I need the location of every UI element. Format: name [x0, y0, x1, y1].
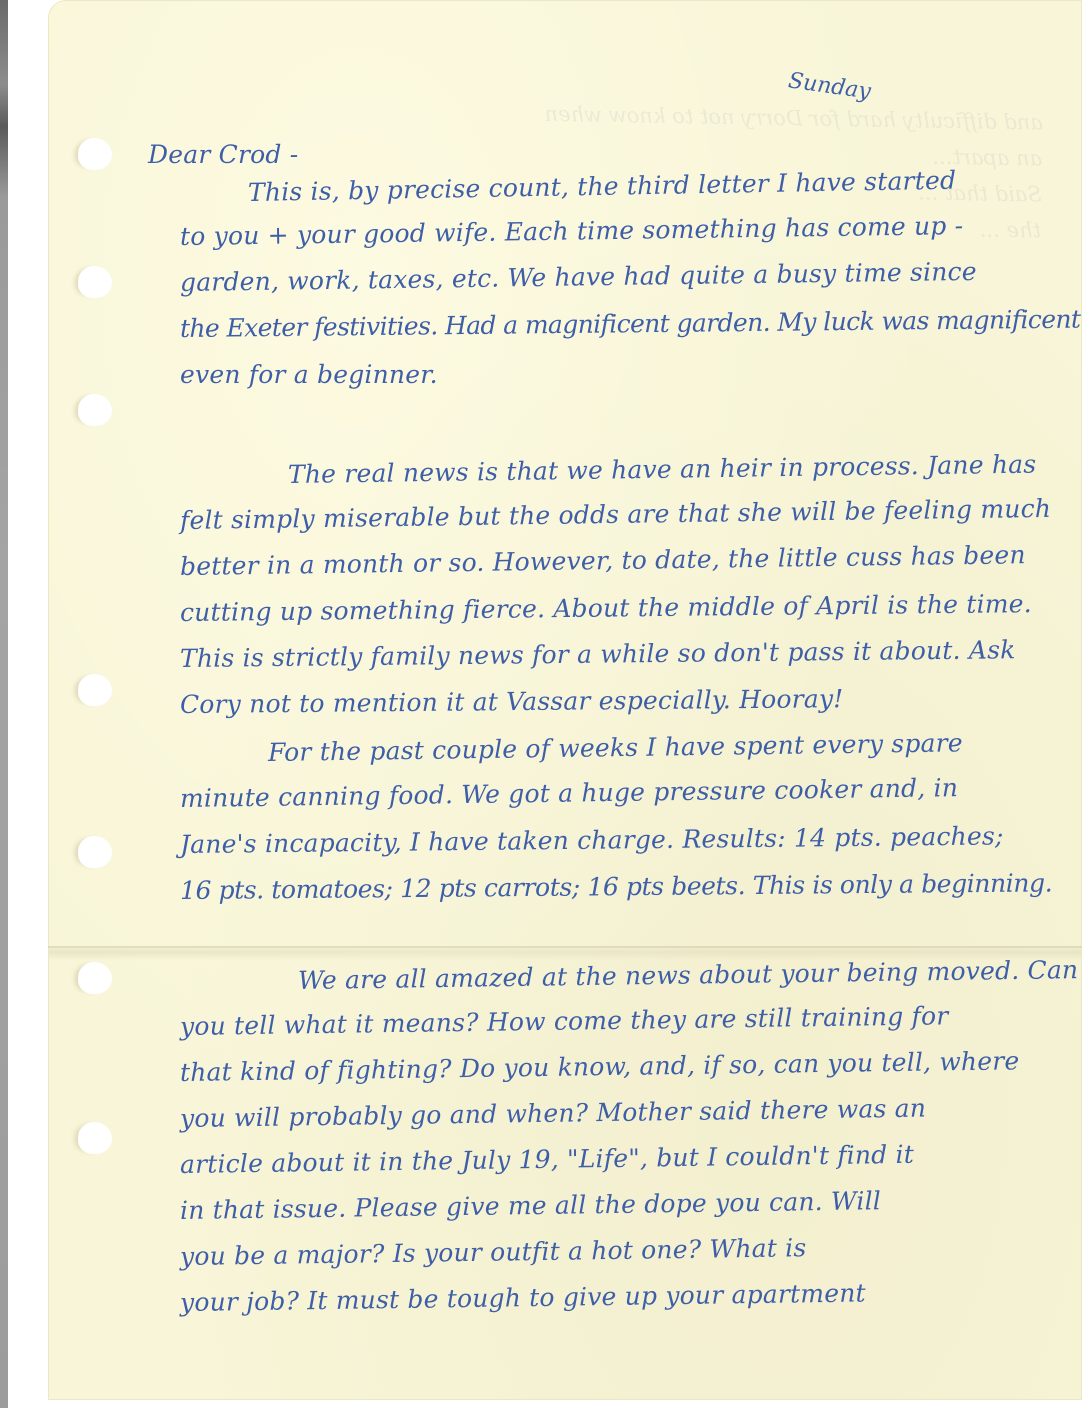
letter-line: you be a major? Is your outfit a hot one…: [180, 1233, 807, 1271]
letter-line: This is, by precise count, the third let…: [248, 166, 957, 207]
letter-line: Jane's incapacity, I have taken charge. …: [180, 821, 1004, 859]
letter-line: For the past couple of weeks I have spen…: [268, 728, 963, 767]
letter-line: minute canning food. We got a huge press…: [180, 773, 958, 813]
letter-line: article about it in the July 19, "Life",…: [180, 1140, 914, 1179]
letter-line: even for a beginner.: [180, 360, 438, 389]
letter-line: 16 pts. tomatoes; 12 pts carrots; 16 pts…: [180, 868, 1052, 905]
letter-line: to you + your good wife. Each time somet…: [180, 211, 964, 251]
letter-line: Cory not to mention it at Vassar especia…: [180, 684, 844, 719]
letter-line: you tell what it means? How come they ar…: [180, 1001, 949, 1041]
letter-line: felt simply miserable but the odds are t…: [180, 494, 1051, 535]
letter-body: Sunday Dear Crod - This is, by precise c…: [48, 0, 1082, 1400]
letter-line: garden, work, taxes, etc. We have had qu…: [180, 257, 977, 297]
letter-line: you will probably go and when? Mother sa…: [180, 1094, 926, 1133]
dateline: Sunday: [787, 68, 873, 104]
letter-line: that kind of fighting? Do you know, and,…: [180, 1046, 1020, 1087]
letter-page: and difficulty hard for Dorry not to kno…: [48, 0, 1082, 1400]
letter-line: better in a month or so. However, to dat…: [180, 540, 1026, 581]
letter-line: your job? It must be tough to give up yo…: [180, 1278, 866, 1317]
letter-line: This is strictly family news for a while…: [180, 635, 1016, 673]
letter-line: The real news is that we have an heir in…: [288, 450, 1037, 489]
letter-line: We are all amazed at the news about your…: [298, 955, 1079, 995]
salutation: Dear Crod -: [148, 140, 298, 169]
letter-line: the Exeter festivities. Had a magnificen…: [180, 305, 1081, 343]
letter-line: in that issue. Please give me all the do…: [180, 1186, 881, 1225]
scanner-edge: [0, 0, 8, 1408]
letter-line: cutting up something fierce. About the m…: [180, 589, 1032, 627]
